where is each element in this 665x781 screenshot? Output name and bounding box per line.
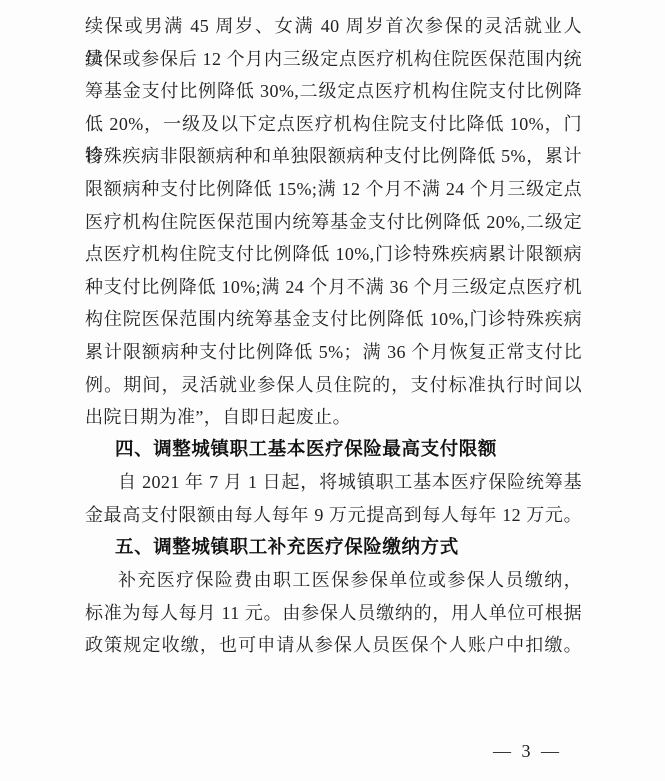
document-body: 续保或男满 45 周岁、女满 40 周岁首次参保的灵活就业人员， 续保或参保后 … (85, 10, 582, 662)
text-line: 出院日期为准”，自即日起废止。 (85, 401, 582, 434)
text-line: 低 20%，一级及以下定点医疗机构住院支付比降低 10%，门诊 (85, 108, 582, 141)
text-line: 政策规定收缴，也可申请从参保人员医保个人账户中扣缴。 (85, 629, 582, 662)
text-line: 种支付比例降低 10%;满 24 个月不满 36 个月三级定点医疗机 (85, 271, 582, 304)
text-line: 构住院医保范围内统筹基金支付比例降低 10%,门诊特殊疾病 (85, 303, 582, 336)
text-line: 点医疗机构住院支付比例降低 10%,门诊特殊疾病累计限额病 (85, 238, 582, 271)
text-line: 补充医疗保险费由职工医保参保单位或参保人员缴纳， (85, 564, 582, 597)
text-line: 例。期间，灵活就业参保人员住院的，支付标准执行时间以 (85, 369, 582, 402)
text-line: 标准为每人每月 11 元。由参保人员缴纳的，用人单位可根据 (85, 597, 582, 630)
text-line: 累计限额病种支付比例降低 5%；满 36 个月恢复正常支付比 (85, 336, 582, 369)
page-number: — 3 — (493, 741, 562, 762)
text-line: 医疗机构住院医保范围内统筹基金支付比例降低 20%,二级定 (85, 206, 582, 239)
document-page: 续保或男满 45 周岁、女满 40 周岁首次参保的灵活就业人员， 续保或参保后 … (0, 0, 665, 781)
text-line: 特殊疾病非限额病种和单独限额病种支付比例降低 5%，累计 (85, 140, 582, 173)
text-line: 金最高支付限额由每人每年 9 万元提高到每人每年 12 万元。 (85, 499, 582, 532)
section-heading-4: 四、调整城镇职工基本医疗保险最高支付限额 (85, 434, 582, 467)
text-line: 限额病种支付比例降低 15%;满 12 个月不满 24 个月三级定点 (85, 173, 582, 206)
text-line: 自 2021 年 7 月 1 日起，将城镇职工基本医疗保险统筹基 (85, 466, 582, 499)
section-heading-5: 五、调整城镇职工补充医疗保险缴纳方式 (85, 532, 582, 565)
text-line: 续保或参保后 12 个月内三级定点医疗机构住院医保范围内统 (85, 43, 582, 76)
text-line: 筹基金支付比例降低 30%,二级定点医疗机构住院支付比例降 (85, 75, 582, 108)
text-line: 续保或男满 45 周岁、女满 40 周岁首次参保的灵活就业人员， (85, 10, 582, 43)
